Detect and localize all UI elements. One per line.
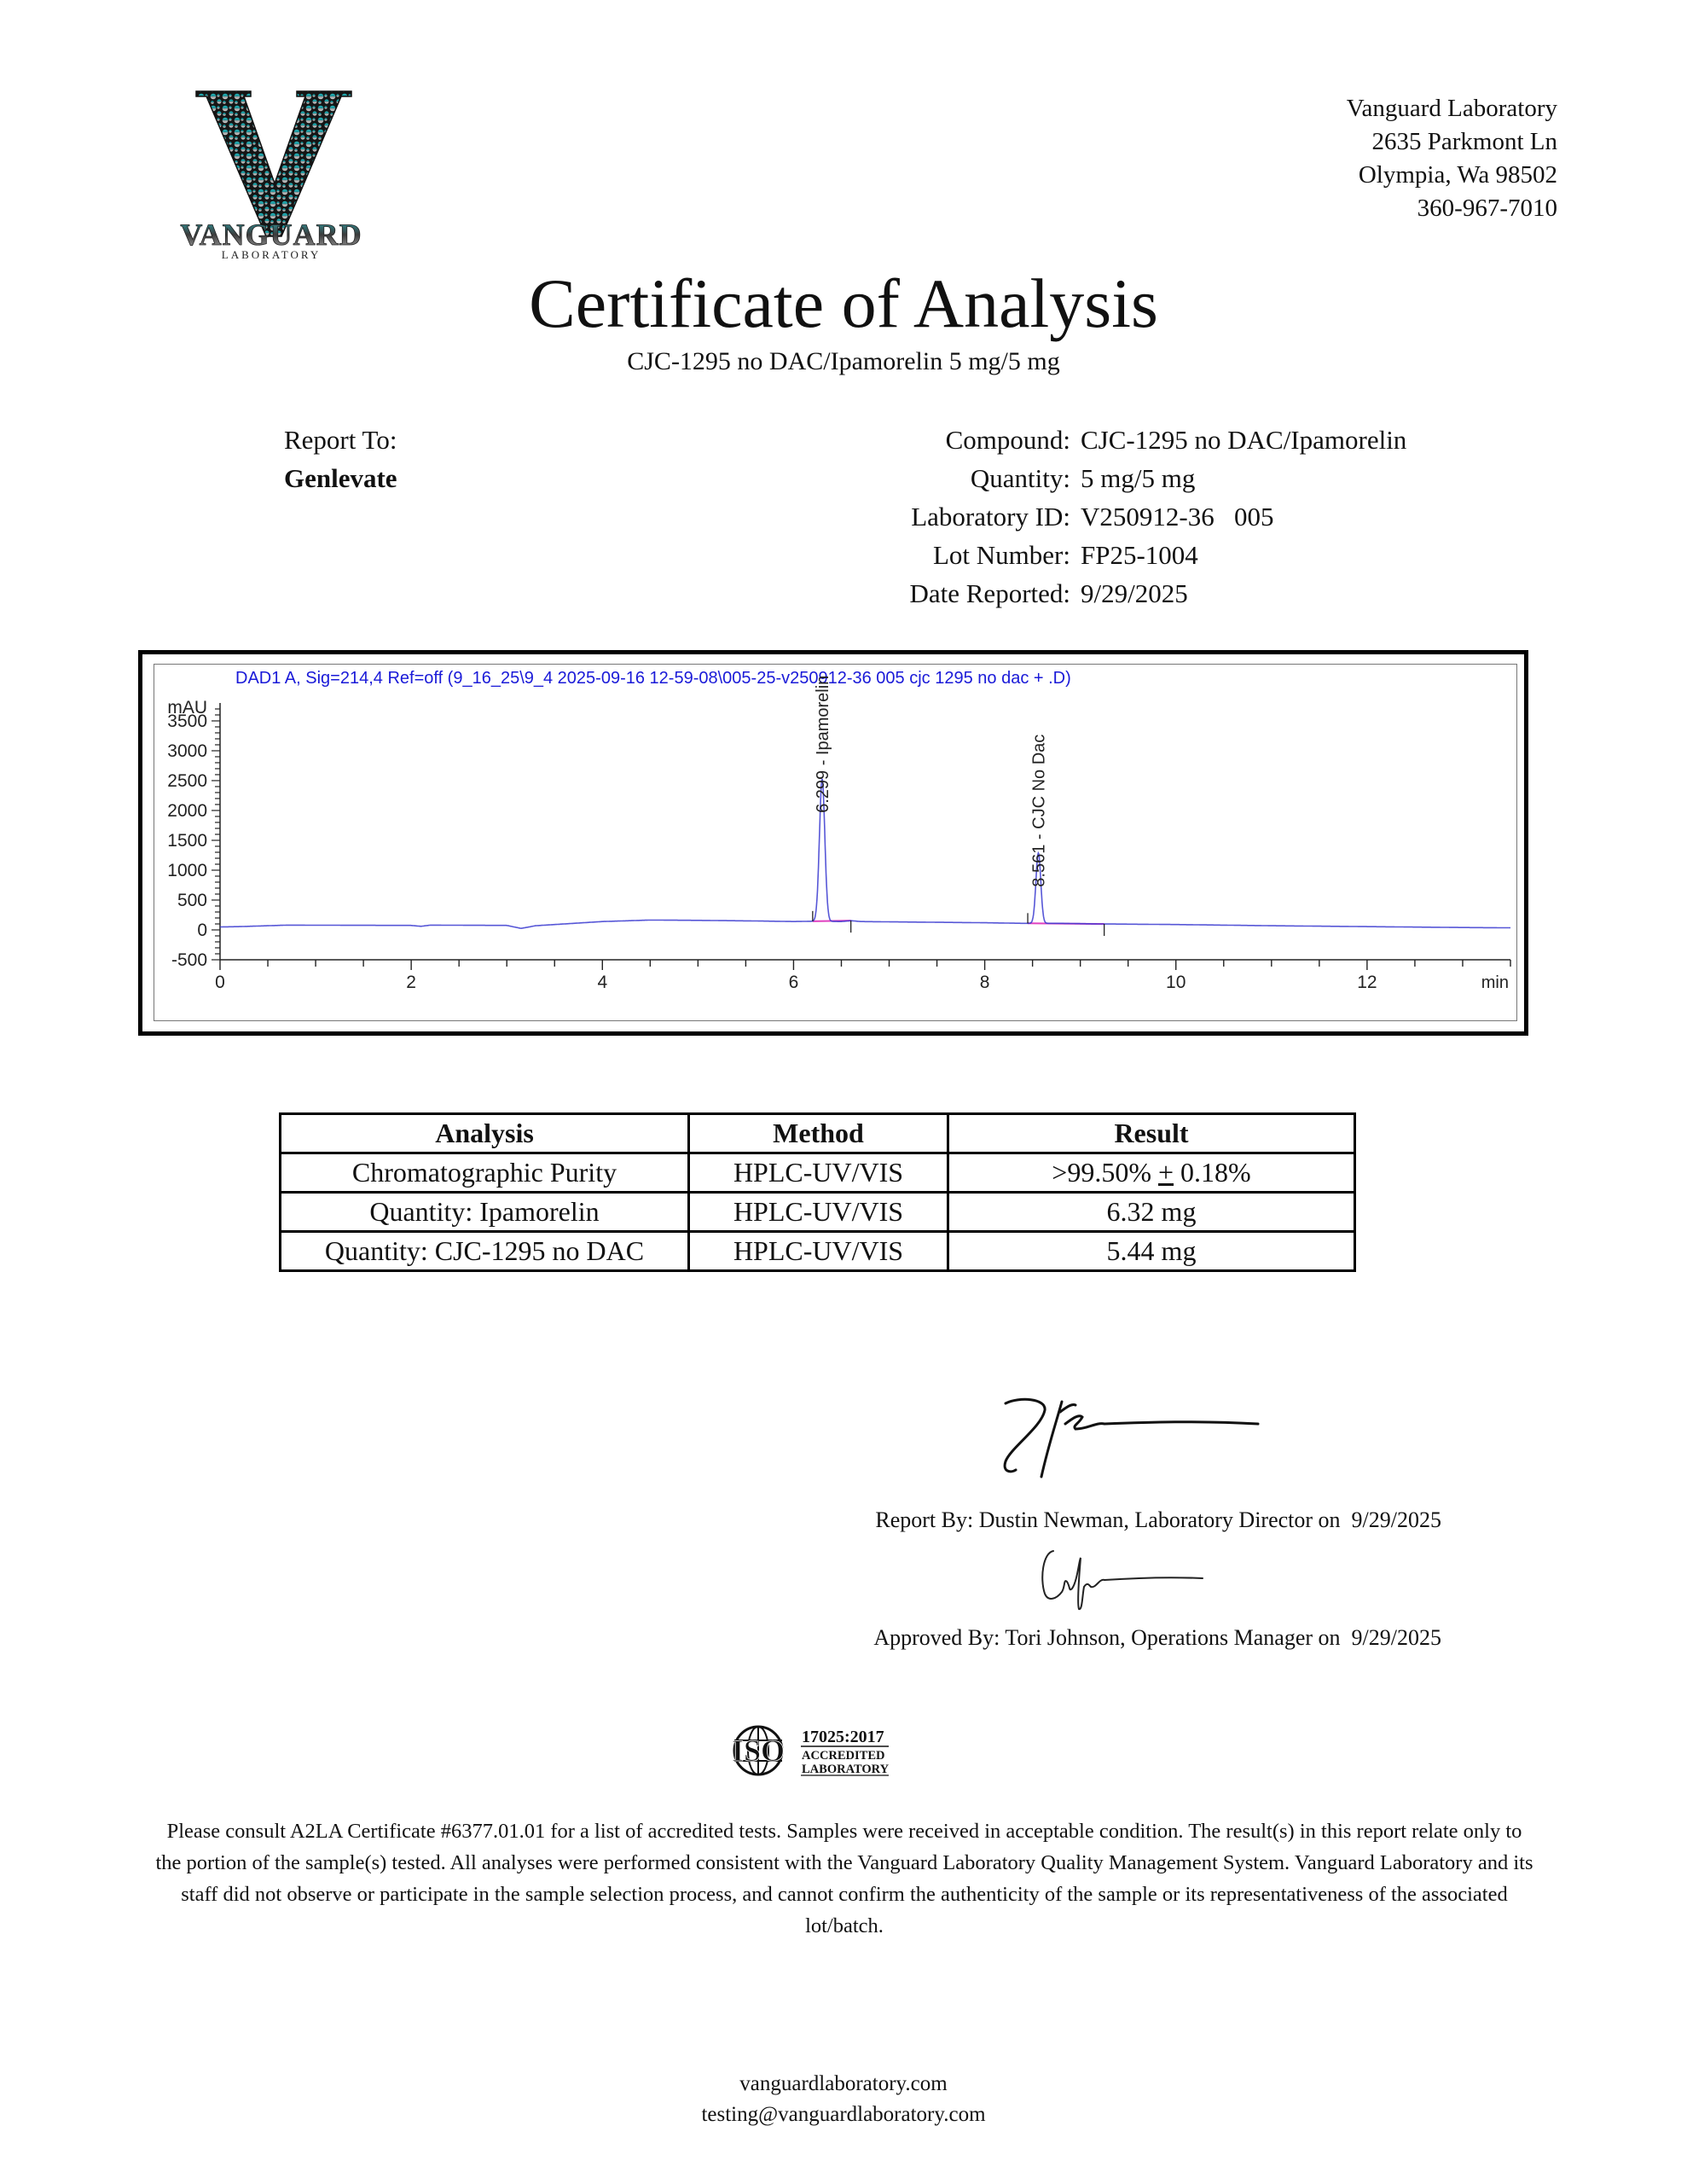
table-row: Quantity: Ipamorelin HPLC-UV/VIS 6.32 mg [281, 1193, 1355, 1232]
svg-text:4: 4 [597, 973, 607, 992]
svg-text:min: min [1481, 973, 1509, 992]
detail-compound: Compound: CJC-1295 no DAC/Ipamorelin [768, 421, 1406, 459]
svg-text:0: 0 [215, 973, 225, 992]
detail-lot-number: Lot Number: FP25-1004 [768, 536, 1406, 574]
detail-value: FP25-1004 [1081, 536, 1198, 574]
svg-text:10: 10 [1166, 973, 1186, 992]
header-method: Method [689, 1114, 948, 1153]
detail-quantity: Quantity: 5 mg/5 mg [768, 459, 1406, 497]
manager-signature [1028, 1544, 1215, 1612]
lab-phone: 360-967-7010 [1347, 192, 1557, 225]
svg-text:2: 2 [406, 973, 416, 992]
cell-analysis: Quantity: CJC-1295 no DAC [281, 1232, 689, 1271]
page-title: Certificate of Analysis [0, 263, 1687, 345]
result-value: 5.44 mg [1107, 1235, 1197, 1266]
vanguard-logo: VANGUARD LABORATORY [162, 81, 384, 264]
cell-result: 6.32 mg [948, 1193, 1355, 1232]
chromatogram-chart: DAD1 A, Sig=214,4 Ref=off (9_16_25\9_4 2… [154, 665, 1514, 1019]
result-value: 6.32 mg [1107, 1196, 1197, 1227]
detail-value: 9/29/2025 [1081, 574, 1188, 613]
cell-analysis: Quantity: Ipamorelin [281, 1193, 689, 1232]
cell-method: HPLC-UV/VIS [689, 1232, 948, 1271]
svg-text:-500: -500 [171, 950, 207, 970]
lab-street: 2635 Parkmont Ln [1347, 125, 1557, 159]
plus-minus-symbol: + [1158, 1157, 1174, 1188]
svg-text:ACCREDITED: ACCREDITED [802, 1749, 885, 1763]
cell-result: 5.44 mg [948, 1232, 1355, 1271]
detail-label: Quantity: [768, 459, 1081, 497]
cell-method: HPLC-UV/VIS [689, 1153, 948, 1193]
detail-label: Laboratory ID: [768, 497, 1081, 536]
svg-text:3000: 3000 [167, 741, 207, 761]
svg-text:2000: 2000 [167, 801, 207, 821]
svg-text:12: 12 [1357, 973, 1377, 992]
peak-label: 6.299 - Ipamorelin [814, 676, 832, 813]
detail-label: Lot Number: [768, 536, 1081, 574]
chromatogram-trace [220, 779, 1510, 928]
svg-text:17025:2017: 17025:2017 [802, 1728, 884, 1746]
table-row: Chromatographic Purity HPLC-UV/VIS >99.5… [281, 1153, 1355, 1193]
svg-text:500: 500 [177, 891, 207, 910]
result-value: >99.50% [1052, 1157, 1158, 1188]
lab-city: Olympia, Wa 98502 [1347, 159, 1557, 192]
svg-text:8: 8 [980, 973, 990, 992]
lab-name: Vanguard Laboratory [1347, 92, 1557, 125]
header-result: Result [948, 1114, 1355, 1153]
disclaimer-text: Please consult A2LA Certificate #6377.01… [154, 1815, 1535, 1942]
report-to-label: Report To: [284, 421, 397, 459]
svg-text:0: 0 [197, 921, 207, 940]
chromatogram-panel: DAD1 A, Sig=214,4 Ref=off (9_16_25\9_4 2… [138, 650, 1528, 1036]
chromatogram-plot-area: DAD1 A, Sig=214,4 Ref=off (9_16_25\9_4 2… [154, 664, 1517, 1021]
report-by-line: Report By: Dustin Newman, Laboratory Dir… [875, 1506, 1441, 1535]
peak-label: 8.561 - CJC No Dac [1029, 735, 1048, 887]
svg-text:mAU: mAU [167, 698, 207, 717]
vanguard-logo-icon: VANGUARD LABORATORY [162, 81, 384, 264]
svg-text:2500: 2500 [167, 771, 207, 791]
result-uncertainty: 0.18% [1174, 1157, 1251, 1188]
table-row: Quantity: CJC-1295 no DAC HPLC-UV/VIS 5.… [281, 1232, 1355, 1271]
detail-laboratory-id: Laboratory ID: V250912-36 005 [768, 497, 1406, 536]
detail-value: CJC-1295 no DAC/Ipamorelin [1081, 421, 1406, 459]
results-header-row: Analysis Method Result [281, 1114, 1355, 1153]
svg-text:1000: 1000 [167, 861, 207, 880]
svg-text:1500: 1500 [167, 831, 207, 851]
cell-result: >99.50% + 0.18% [948, 1153, 1355, 1193]
svg-text:ISO: ISO [732, 1734, 785, 1768]
header-analysis: Analysis [281, 1114, 689, 1153]
detail-value: 5 mg/5 mg [1081, 459, 1195, 497]
svg-text:6: 6 [789, 973, 799, 992]
website-link[interactable]: vanguardlaboratory.com [0, 2069, 1687, 2100]
results-table: Analysis Method Result Chromatographic P… [279, 1112, 1356, 1272]
page-subtitle: CJC-1295 no DAC/Ipamorelin 5 mg/5 mg [0, 345, 1687, 379]
cell-analysis: Chromatographic Purity [281, 1153, 689, 1193]
detail-label: Date Reported: [768, 574, 1081, 613]
director-signature [994, 1395, 1267, 1484]
detail-value: V250912-36 005 [1081, 497, 1273, 536]
lab-address: Vanguard Laboratory 2635 Parkmont Ln Oly… [1347, 92, 1557, 225]
email-link[interactable]: testing@vanguardlaboratory.com [0, 2100, 1687, 2130]
report-to: Report To: Genlevate [284, 421, 397, 497]
chromatogram-title: DAD1 A, Sig=214,4 Ref=off (9_16_25\9_4 2… [235, 669, 1071, 688]
detail-date-reported: Date Reported: 9/29/2025 [768, 574, 1406, 613]
footer: vanguardlaboratory.com testing@vanguardl… [0, 2069, 1687, 2130]
cell-method: HPLC-UV/VIS [689, 1193, 948, 1232]
client-name: Genlevate [284, 459, 397, 497]
detail-label: Compound: [768, 421, 1081, 459]
svg-text:LABORATORY: LABORATORY [222, 248, 321, 261]
svg-text:LABORATORY: LABORATORY [802, 1763, 890, 1776]
svg-text:VANGUARD: VANGUARD [180, 218, 362, 252]
approved-by-line: Approved By: Tori Johnson, Operations Ma… [873, 1623, 1441, 1653]
sample-details: Compound: CJC-1295 no DAC/Ipamorelin Qua… [768, 421, 1406, 613]
iso-accreditation-badge: ISO 17025:2017 ACCREDITED LABORATORY [727, 1722, 923, 1780]
